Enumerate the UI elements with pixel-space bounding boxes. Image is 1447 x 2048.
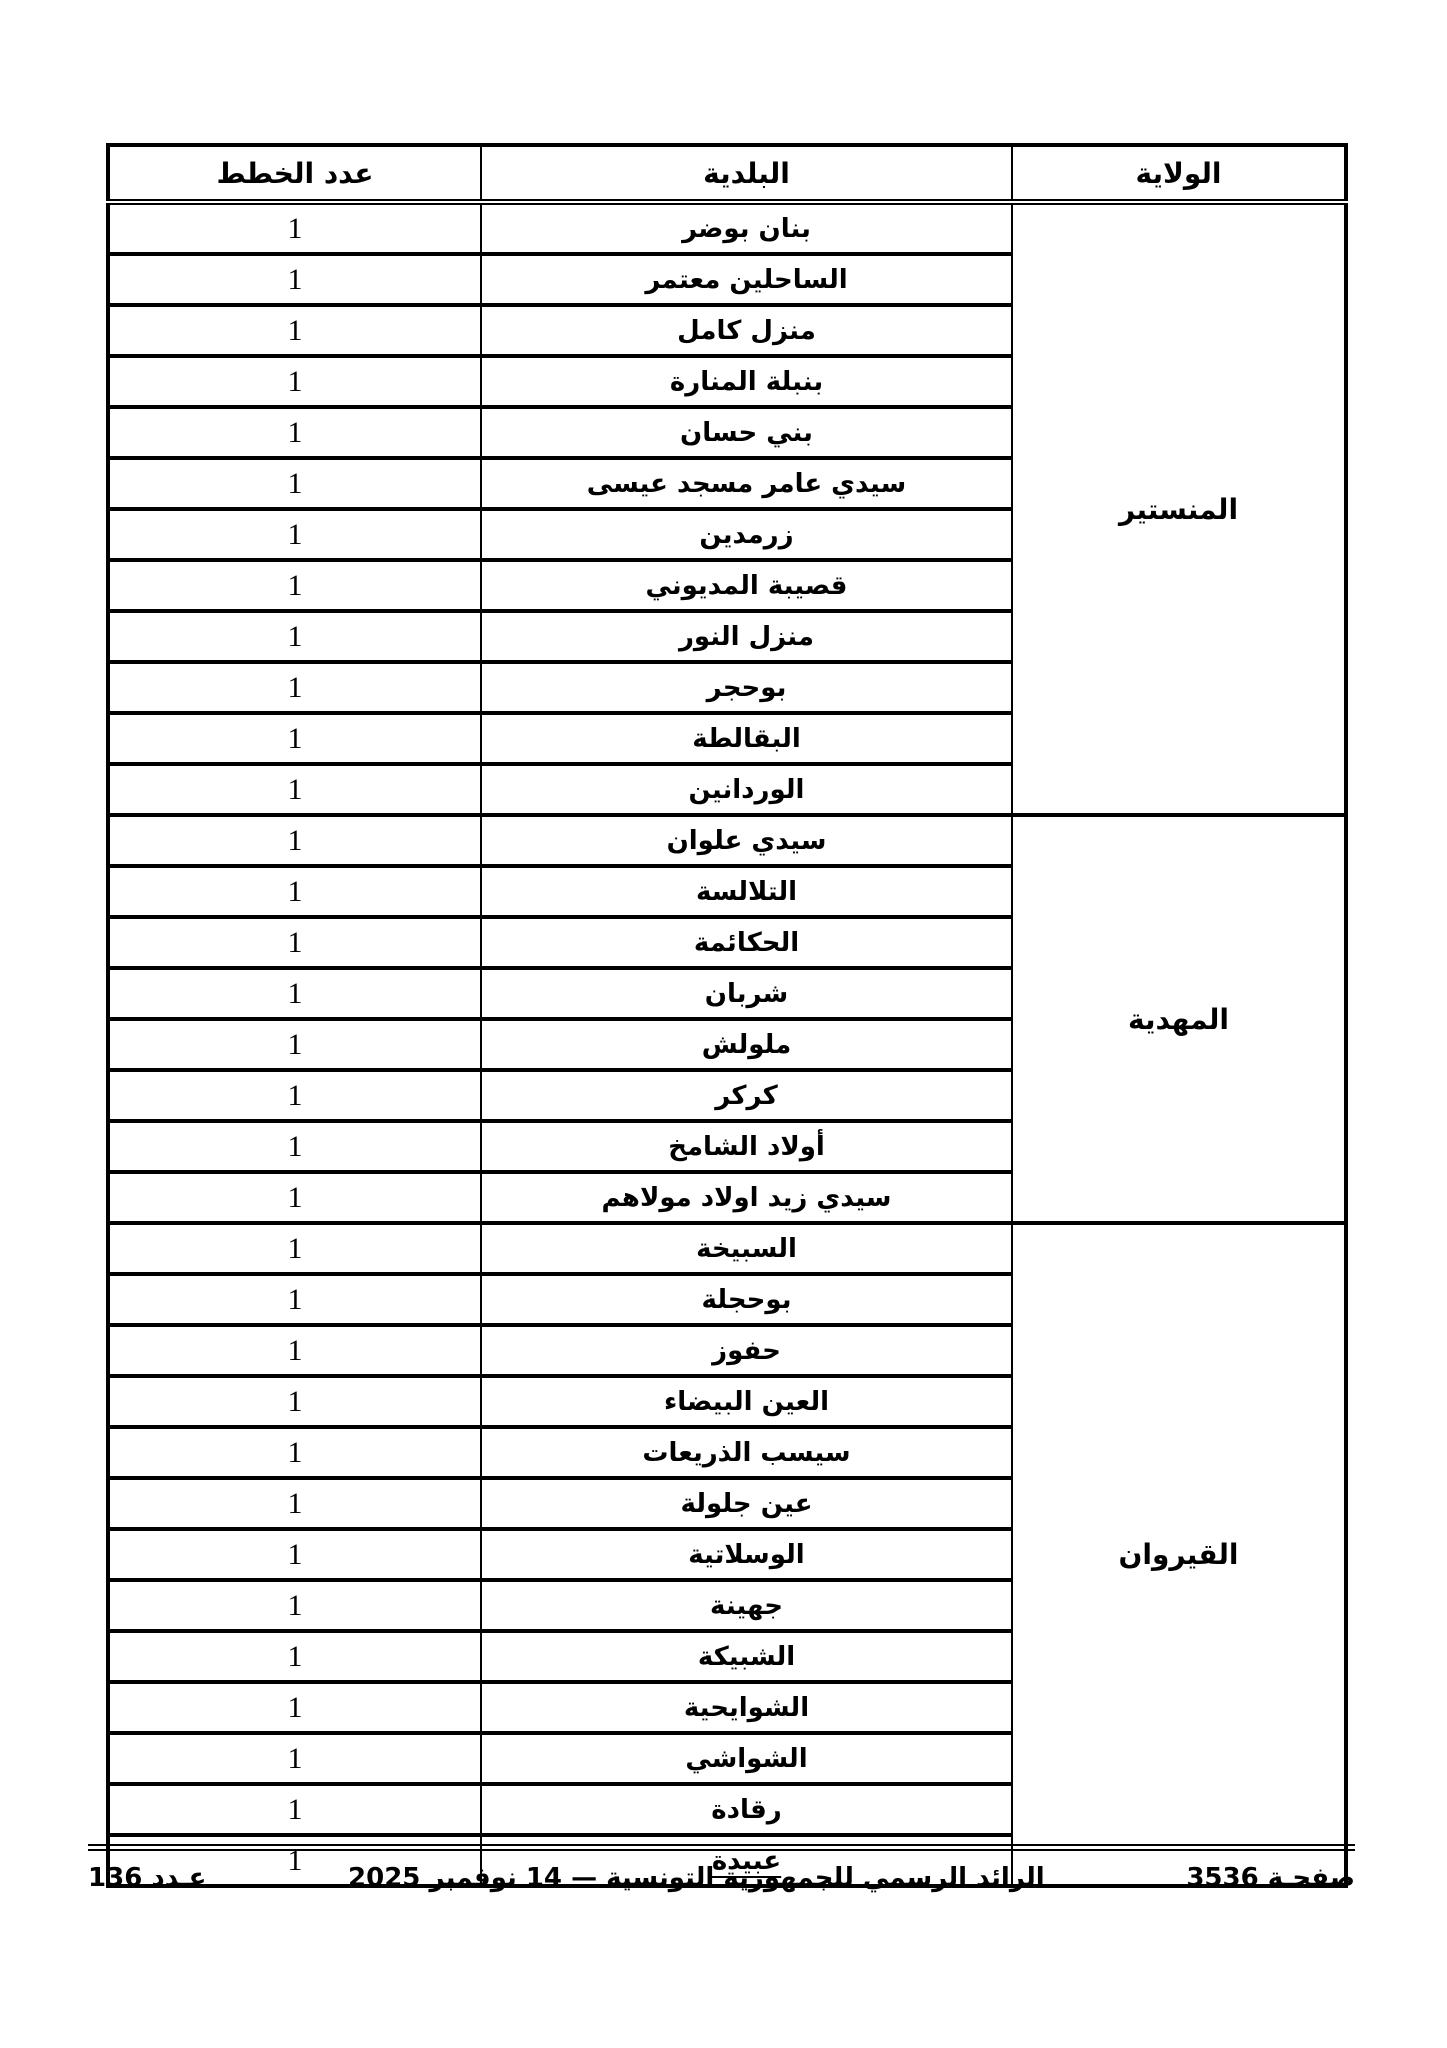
municipality-cell: رقادة — [481, 1784, 1012, 1835]
footer-journal-title: الرائد الرسمي للجمهورية التونسية — 14 نو… — [348, 1863, 1045, 1893]
municipality-cell: بوحجر — [481, 662, 1012, 713]
municipality-cell: السبيخة — [481, 1223, 1012, 1274]
count-cell: 1 — [108, 1223, 481, 1274]
count-cell: 1 — [108, 1376, 481, 1427]
municipality-cell: سيسب الذريعات — [481, 1427, 1012, 1478]
count-cell: 1 — [108, 1325, 481, 1376]
gazette-page: الولاية البلدية عدد الخطط المنستيربنان ب… — [0, 0, 1447, 2048]
municipality-cell: حفوز — [481, 1325, 1012, 1376]
municipality-cell: بنان بوضر — [481, 202, 1012, 254]
count-cell: 1 — [108, 968, 481, 1019]
count-cell: 1 — [108, 713, 481, 764]
footer-issue-number: عـدد 136 — [88, 1863, 206, 1893]
count-cell: 1 — [108, 1121, 481, 1172]
municipality-cell: الوسلاتية — [481, 1529, 1012, 1580]
municipality-cell: بنبلة المنارة — [481, 356, 1012, 407]
count-cell: 1 — [108, 1784, 481, 1835]
municipality-cell: الشوايحية — [481, 1682, 1012, 1733]
municipality-cell: أولاد الشامخ — [481, 1121, 1012, 1172]
table-body: المنستيربنان بوضر1الساحلين معتمر1منزل كا… — [108, 202, 1346, 1886]
col-header-count: عدد الخطط — [108, 145, 481, 202]
table-header: الولاية البلدية عدد الخطط — [108, 145, 1346, 202]
count-cell: 1 — [108, 202, 481, 254]
governorate-cell-0: المنستير — [1012, 202, 1346, 815]
municipality-cell: بني حسان — [481, 407, 1012, 458]
municipality-cell: الشبيكة — [481, 1631, 1012, 1682]
governorate-cell-2: القيروان — [1012, 1223, 1346, 1886]
municipality-cell: كركر — [481, 1070, 1012, 1121]
count-cell: 1 — [108, 509, 481, 560]
count-cell: 1 — [108, 1478, 481, 1529]
count-cell: 1 — [108, 662, 481, 713]
municipality-cell: سيدي علوان — [481, 815, 1012, 866]
municipality-cell: الشواشي — [481, 1733, 1012, 1784]
municipality-cell: عين جلولة — [481, 1478, 1012, 1529]
municipality-cell: الوردانين — [481, 764, 1012, 815]
count-cell: 1 — [108, 1427, 481, 1478]
count-cell: 1 — [108, 305, 481, 356]
count-cell: 1 — [108, 1019, 481, 1070]
count-cell: 1 — [108, 356, 481, 407]
count-cell: 1 — [108, 815, 481, 866]
header-row: الولاية البلدية عدد الخطط — [108, 145, 1346, 202]
count-cell: 1 — [108, 764, 481, 815]
municipality-cell: زرمدين — [481, 509, 1012, 560]
count-cell: 1 — [108, 1682, 481, 1733]
count-cell: 1 — [108, 254, 481, 305]
count-cell: 1 — [108, 917, 481, 968]
municipality-cell: الحكائمة — [481, 917, 1012, 968]
count-cell: 1 — [108, 407, 481, 458]
count-cell: 1 — [108, 866, 481, 917]
table-row: القيروانالسبيخة1 — [108, 1223, 1346, 1274]
col-header-governorate: الولاية — [1012, 145, 1346, 202]
count-cell: 1 — [108, 560, 481, 611]
municipality-cell: التلالسة — [481, 866, 1012, 917]
footer-page-number: صفحـة 3536 — [1186, 1863, 1355, 1893]
count-cell: 1 — [108, 1274, 481, 1325]
col-header-municipality: البلدية — [481, 145, 1012, 202]
count-cell: 1 — [108, 458, 481, 509]
municipality-cell: ملولش — [481, 1019, 1012, 1070]
municipality-cell: سيدي زيد اولاد مولاهم — [481, 1172, 1012, 1223]
municipality-cell: البقالطة — [481, 713, 1012, 764]
municipality-cell: العين البيضاء — [481, 1376, 1012, 1427]
count-cell: 1 — [108, 611, 481, 662]
count-cell: 1 — [108, 1580, 481, 1631]
municipality-cell: شربان — [481, 968, 1012, 1019]
municipality-cell: بوحجلة — [481, 1274, 1012, 1325]
table-row: المنستيربنان بوضر1 — [108, 202, 1346, 254]
municipality-cell: الساحلين معتمر — [481, 254, 1012, 305]
count-cell: 1 — [108, 1172, 481, 1223]
municipality-cell: جهينة — [481, 1580, 1012, 1631]
municipality-cell: قصيبة المديوني — [481, 560, 1012, 611]
count-cell: 1 — [108, 1733, 481, 1784]
municipality-cell: منزل كامل — [481, 305, 1012, 356]
municipality-cell: سيدي عامر مسجد عيسى — [481, 458, 1012, 509]
municipality-cell: منزل النور — [481, 611, 1012, 662]
page-footer: صفحـة 3536 الرائد الرسمي للجمهورية التون… — [88, 1844, 1355, 1893]
count-cell: 1 — [108, 1631, 481, 1682]
table-row: المهديةسيدي علوان1 — [108, 815, 1346, 866]
count-cell: 1 — [108, 1070, 481, 1121]
positions-table: الولاية البلدية عدد الخطط المنستيربنان ب… — [106, 143, 1348, 1888]
governorate-cell-1: المهدية — [1012, 815, 1346, 1223]
count-cell: 1 — [108, 1529, 481, 1580]
